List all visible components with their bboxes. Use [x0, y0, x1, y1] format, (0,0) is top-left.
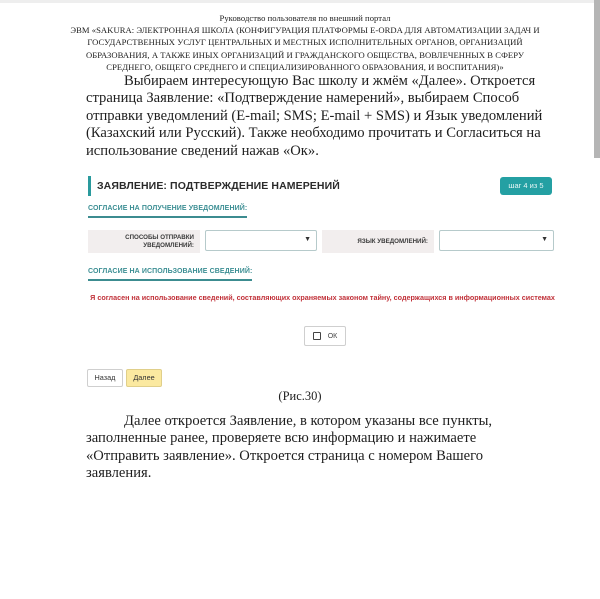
notification-method-select[interactable]: ▼ — [205, 230, 317, 251]
paragraph-1-text: Выбираем интересующую Вас школу и жмём «… — [86, 73, 542, 159]
step-badge: шаг 4 из 5 — [500, 177, 552, 195]
chevron-down-icon: ▼ — [541, 236, 548, 243]
next-button[interactable]: Далее — [126, 369, 162, 387]
paragraph-next-steps: Далее откроется Заявление, в котором ука… — [86, 413, 548, 483]
ok-label: ОК — [328, 333, 338, 340]
figure-caption: (Рис.30) — [0, 389, 600, 404]
language-label: ЯЗЫК УВЕДОМЛЕНИЙ: — [322, 230, 434, 253]
consent-text: Я согласен на использование сведений, со… — [85, 293, 560, 302]
checkbox-icon[interactable] — [313, 332, 321, 340]
header-title: Руководство пользователя по внешний порт… — [70, 12, 540, 24]
consent-ok-checkbox-button[interactable]: ОК — [304, 326, 346, 346]
chevron-down-icon: ▼ — [304, 236, 311, 243]
scrollbar[interactable] — [594, 0, 600, 158]
header-subtitle: ЭВМ «SAKURA: ЭЛЕКТРОННАЯ ШКОЛА (КОНФИГУР… — [70, 25, 539, 72]
document-header: Руководство пользователя по внешний порт… — [70, 12, 540, 73]
section-notifications-consent: СОГЛАСИЕ НА ПОЛУЧЕНИЕ УВЕДОМЛЕНИЙ: — [88, 205, 247, 218]
section-data-usage-consent: СОГЛАСИЕ НА ИСПОЛЬЗОВАНИЕ СВЕДЕНИЙ: — [88, 268, 252, 281]
method-label: СПОСОБЫ ОТПРАВКИ УВЕДОМЛЕНИЙ: — [88, 230, 200, 253]
back-button[interactable]: Назад — [87, 369, 123, 387]
paragraph-2-text: Далее откроется Заявление, в котором ука… — [86, 413, 492, 481]
paragraph-instructions: Выбираем интересующую Вас школу и жмём «… — [86, 73, 548, 160]
title-accent-bar — [88, 176, 91, 196]
top-border — [0, 0, 594, 3]
notification-language-select[interactable]: ▼ — [439, 230, 554, 251]
notification-settings-row: СПОСОБЫ ОТПРАВКИ УВЕДОМЛЕНИЙ: ▼ ЯЗЫК УВЕ… — [88, 230, 557, 253]
embedded-form-screenshot: ЗАЯВЛЕНИЕ: ПОДТВЕРЖДЕНИЕ НАМЕРЕНИЙ шаг 4… — [85, 172, 560, 390]
form-title: ЗАЯВЛЕНИЕ: ПОДТВЕРЖДЕНИЕ НАМЕРЕНИЙ — [97, 180, 340, 192]
